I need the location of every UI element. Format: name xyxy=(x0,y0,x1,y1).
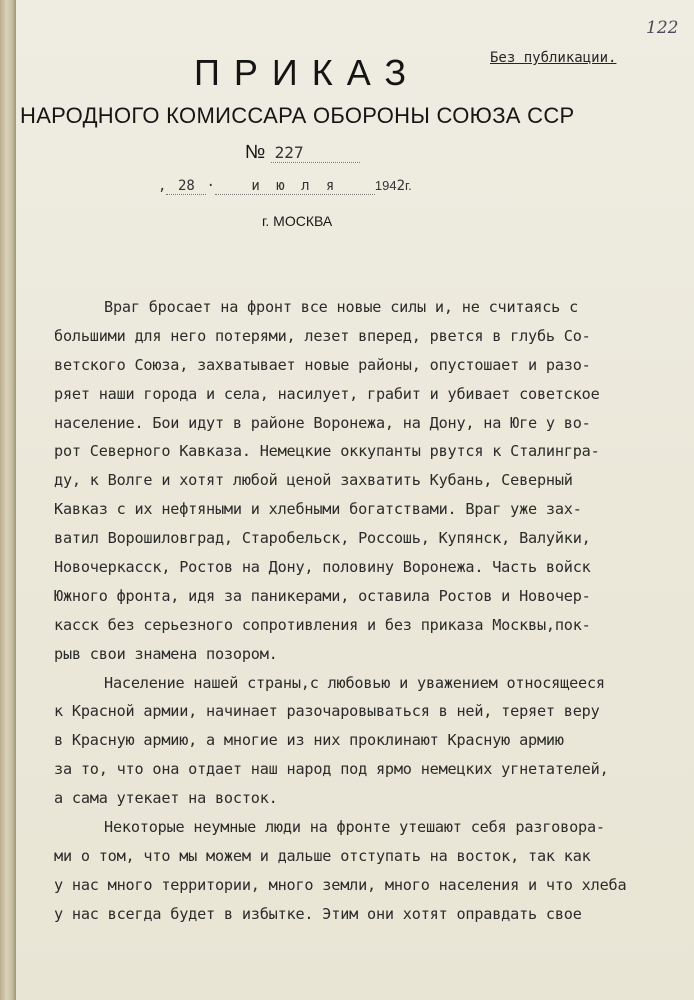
text-line: рот Северного Кавказа. Немецкие оккупант… xyxy=(54,437,674,466)
binder-edge xyxy=(0,0,16,1000)
date-month: и ю л я xyxy=(215,178,375,195)
order-number-value: 227 xyxy=(271,143,360,163)
document-body: Враг бросает на фронт все новые силы и, … xyxy=(54,293,674,929)
date-year-prefix: 194 xyxy=(375,178,397,193)
text-line: ду, к Волге и хотят любой ценой захватит… xyxy=(54,466,674,495)
text-line: Население нашей страны,с любовью и уваже… xyxy=(54,669,674,698)
text-line: за то, что она отдает наш народ под ярмо… xyxy=(54,755,674,784)
text-line: ветского Союза, захватывает новые районы… xyxy=(54,351,674,380)
text-line: ми о том, что мы можем и дальше отступат… xyxy=(54,842,674,871)
order-date: ,28·и ю л я1942г. xyxy=(158,178,412,195)
text-line: к Красной армии, начинает разочаровывать… xyxy=(54,697,674,726)
order-number: № 227 xyxy=(245,142,360,164)
text-line: большими для него потерями, лезет вперед… xyxy=(54,322,674,351)
archive-page-number: 122 xyxy=(646,18,678,38)
date-day: 28 xyxy=(166,178,206,195)
document-title: ПРИКАЗ xyxy=(194,52,420,94)
text-line: а сама утекает на восток. xyxy=(54,784,674,813)
order-number-label: № xyxy=(245,142,265,163)
text-line: Некоторые неумные люди на фронте утешают… xyxy=(54,813,674,842)
text-line: ватил Ворошиловград, Старобельск, Россош… xyxy=(54,524,674,553)
text-line: в Красную армию, а многие из них проклин… xyxy=(54,726,674,755)
date-close-quote: · xyxy=(206,178,214,194)
text-line: касск без серьезного сопротивления и без… xyxy=(54,611,674,640)
publication-note: Без публикации. xyxy=(490,50,616,66)
text-line: Враг бросает на фронт все новые силы и, … xyxy=(54,293,674,322)
text-line: у нас много территории, много земли, мно… xyxy=(54,871,674,900)
date-open-quote: , xyxy=(158,178,166,194)
text-line: население. Бои идут в районе Воронежа, н… xyxy=(54,409,674,438)
date-year-abbrev: г. xyxy=(405,178,412,193)
text-line: Новочеркасск, Ростов на Дону, половину В… xyxy=(54,553,674,582)
text-line: рыв свои знамена позором. xyxy=(54,640,674,669)
document-city: г. МОСКВА xyxy=(262,213,332,229)
date-year-suffix: 2 xyxy=(397,178,405,194)
text-line: Кавказ с их нефтяными и хлебными богатст… xyxy=(54,495,674,524)
document-subtitle: НАРОДНОГО КОМИССАРА ОБОРОНЫ СОЮЗА ССР xyxy=(20,103,575,129)
text-line: ряет наши города и села, насилует, граби… xyxy=(54,380,674,409)
text-line: у нас всегда будет в избытке. Этим они х… xyxy=(54,900,674,929)
text-line: Южного фронта, идя за паникерами, остави… xyxy=(54,582,674,611)
